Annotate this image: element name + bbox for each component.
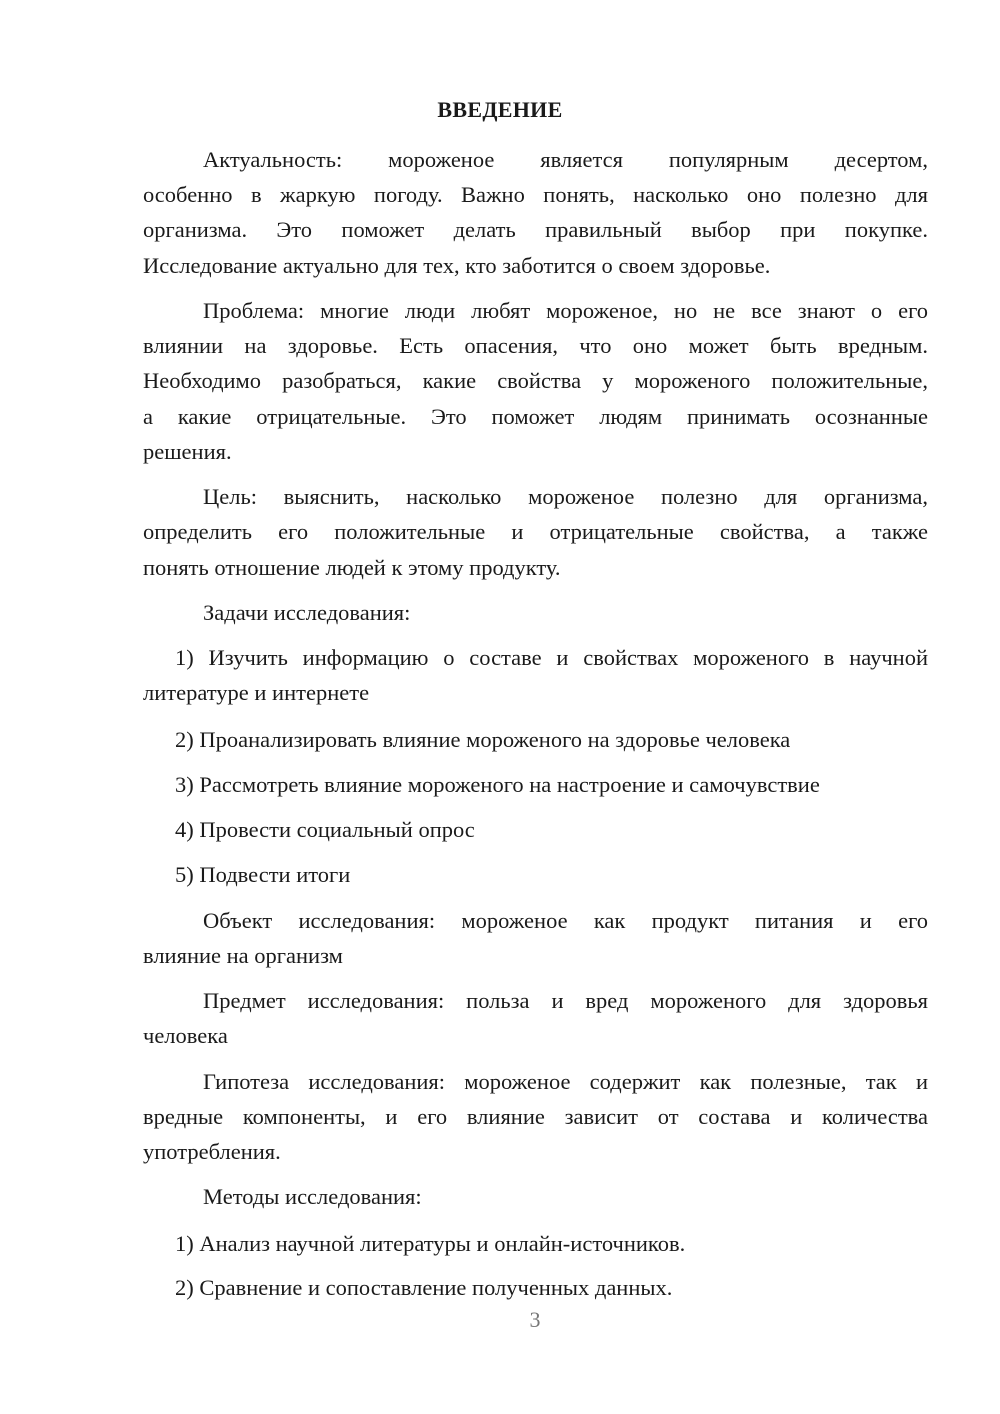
text-line: 3) Рассмотреть влияние мороженого на нас…	[175, 770, 928, 800]
text-line: понять отношение людей к этому продукту.	[143, 553, 928, 583]
text-line: особенно в жаркую погоду. Важно понять, …	[143, 180, 928, 210]
text-line: Цель: выяснить, насколько мороженое поле…	[203, 482, 928, 512]
text-line: Методы исследования:	[203, 1182, 928, 1212]
page-number: 3	[0, 1305, 1000, 1335]
text-line: литературе и интернете	[143, 678, 928, 708]
text-line: а какие отрицательные. Это поможет людям…	[143, 402, 928, 432]
text-line: Проблема: многие люди любят мороженое, н…	[203, 296, 928, 326]
document-page: ВВЕДЕНИЕ Актуальность: мороженое являетс…	[0, 0, 1000, 1414]
text-line: 4) Провести социальный опрос	[175, 815, 928, 845]
page-title: ВВЕДЕНИЕ	[0, 95, 1000, 125]
text-line: 2) Проанализировать влияние мороженого н…	[175, 725, 928, 755]
text-line: влияние на организм	[143, 941, 928, 971]
text-line: влиянии на здоровье. Есть опасения, что …	[143, 331, 928, 361]
text-line: 1) Анализ научной литературы и онлайн-ис…	[175, 1229, 928, 1259]
text-line: вредные компоненты, и его влияние зависи…	[143, 1102, 928, 1132]
text-line: определить его положительные и отрицател…	[143, 517, 928, 547]
text-line: Гипотеза исследования: мороженое содержи…	[203, 1067, 928, 1097]
text-line: Необходимо разобраться, какие свойства у…	[143, 366, 928, 396]
text-line: Задачи исследования:	[203, 598, 928, 628]
text-line: Актуальность: мороженое является популяр…	[203, 145, 928, 175]
text-line: Объект исследования: мороженое как проду…	[203, 906, 928, 936]
text-line: человека	[143, 1021, 928, 1051]
text-line: организма. Это поможет делать правильный…	[143, 215, 928, 245]
text-line: Предмет исследования: польза и вред моро…	[203, 986, 928, 1016]
text-line: 2) Сравнение и сопоставление полученных …	[175, 1273, 928, 1303]
text-line: употребления.	[143, 1137, 928, 1167]
text-line: решения.	[143, 437, 928, 467]
text-line: 5) Подвести итоги	[175, 860, 928, 890]
text-line: Исследование актуально для тех, кто забо…	[143, 251, 928, 281]
text-line: 1) Изучить информацию о составе и свойст…	[175, 643, 928, 673]
